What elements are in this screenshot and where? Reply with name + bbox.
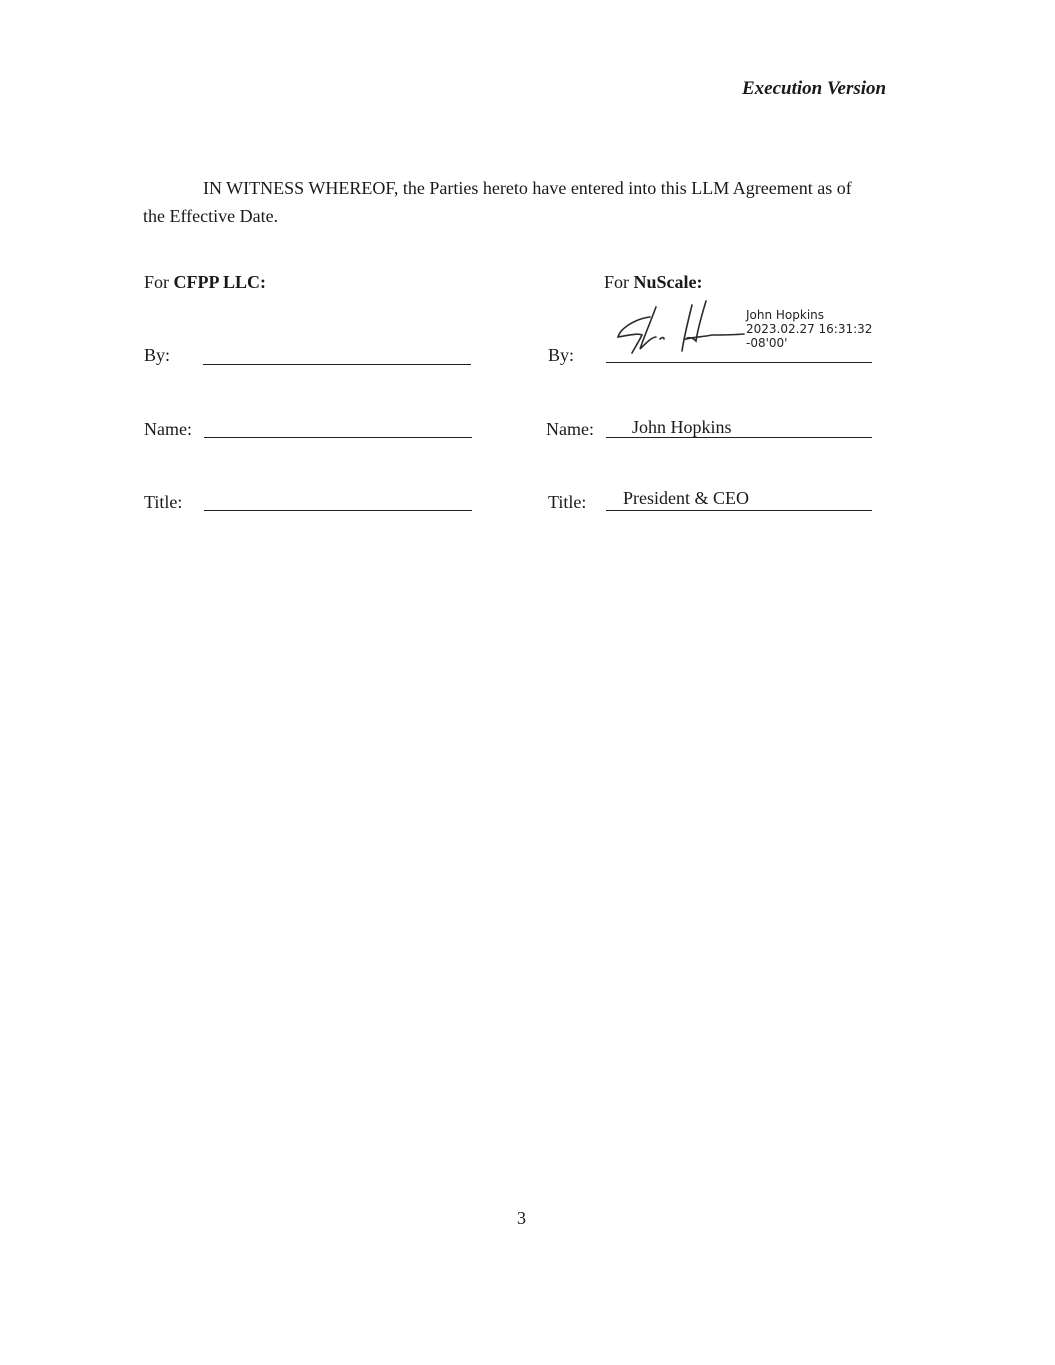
digital-signature-signer: John Hopkins [746, 308, 872, 322]
left-title-field-line[interactable] [204, 510, 472, 511]
right-party-prefix: For [604, 272, 634, 292]
left-name-field-line[interactable] [204, 437, 472, 438]
right-by-label: By: [548, 345, 574, 366]
execution-version-label: Execution Version [742, 78, 886, 100]
right-title-value: President & CEO [623, 488, 749, 509]
digital-signature-block: John Hopkins 2023.02.27 16:31:32 -08'00' [746, 308, 872, 350]
witness-line-2: the Effective Date. [143, 202, 903, 230]
right-party-heading: For NuScale: [604, 272, 703, 293]
right-title-label: Title: [548, 492, 586, 513]
witness-paragraph: IN WITNESS WHEREOF, the Parties hereto h… [143, 174, 903, 230]
right-name-label: Name: [546, 419, 594, 440]
right-name-field-line[interactable] [606, 437, 872, 438]
right-name-value: John Hopkins [632, 417, 732, 438]
left-party-prefix: For [144, 272, 174, 292]
witness-line-1: IN WITNESS WHEREOF, the Parties hereto h… [143, 174, 903, 202]
digital-signature-tz: -08'00' [746, 336, 872, 350]
left-name-label: Name: [144, 419, 192, 440]
page-number: 3 [517, 1208, 526, 1229]
left-by-label: By: [144, 345, 170, 366]
left-by-signature-line[interactable] [203, 364, 471, 365]
digital-signature-timestamp: 2023.02.27 16:31:32 [746, 322, 872, 336]
left-title-label: Title: [144, 492, 182, 513]
right-by-signature-line[interactable] [606, 362, 872, 363]
handwritten-signature-icon [612, 297, 752, 357]
left-party-name: CFPP LLC: [174, 272, 267, 292]
right-title-field-line[interactable] [606, 510, 872, 511]
right-party-name: NuScale: [634, 272, 703, 292]
left-party-heading: For CFPP LLC: [144, 272, 266, 293]
